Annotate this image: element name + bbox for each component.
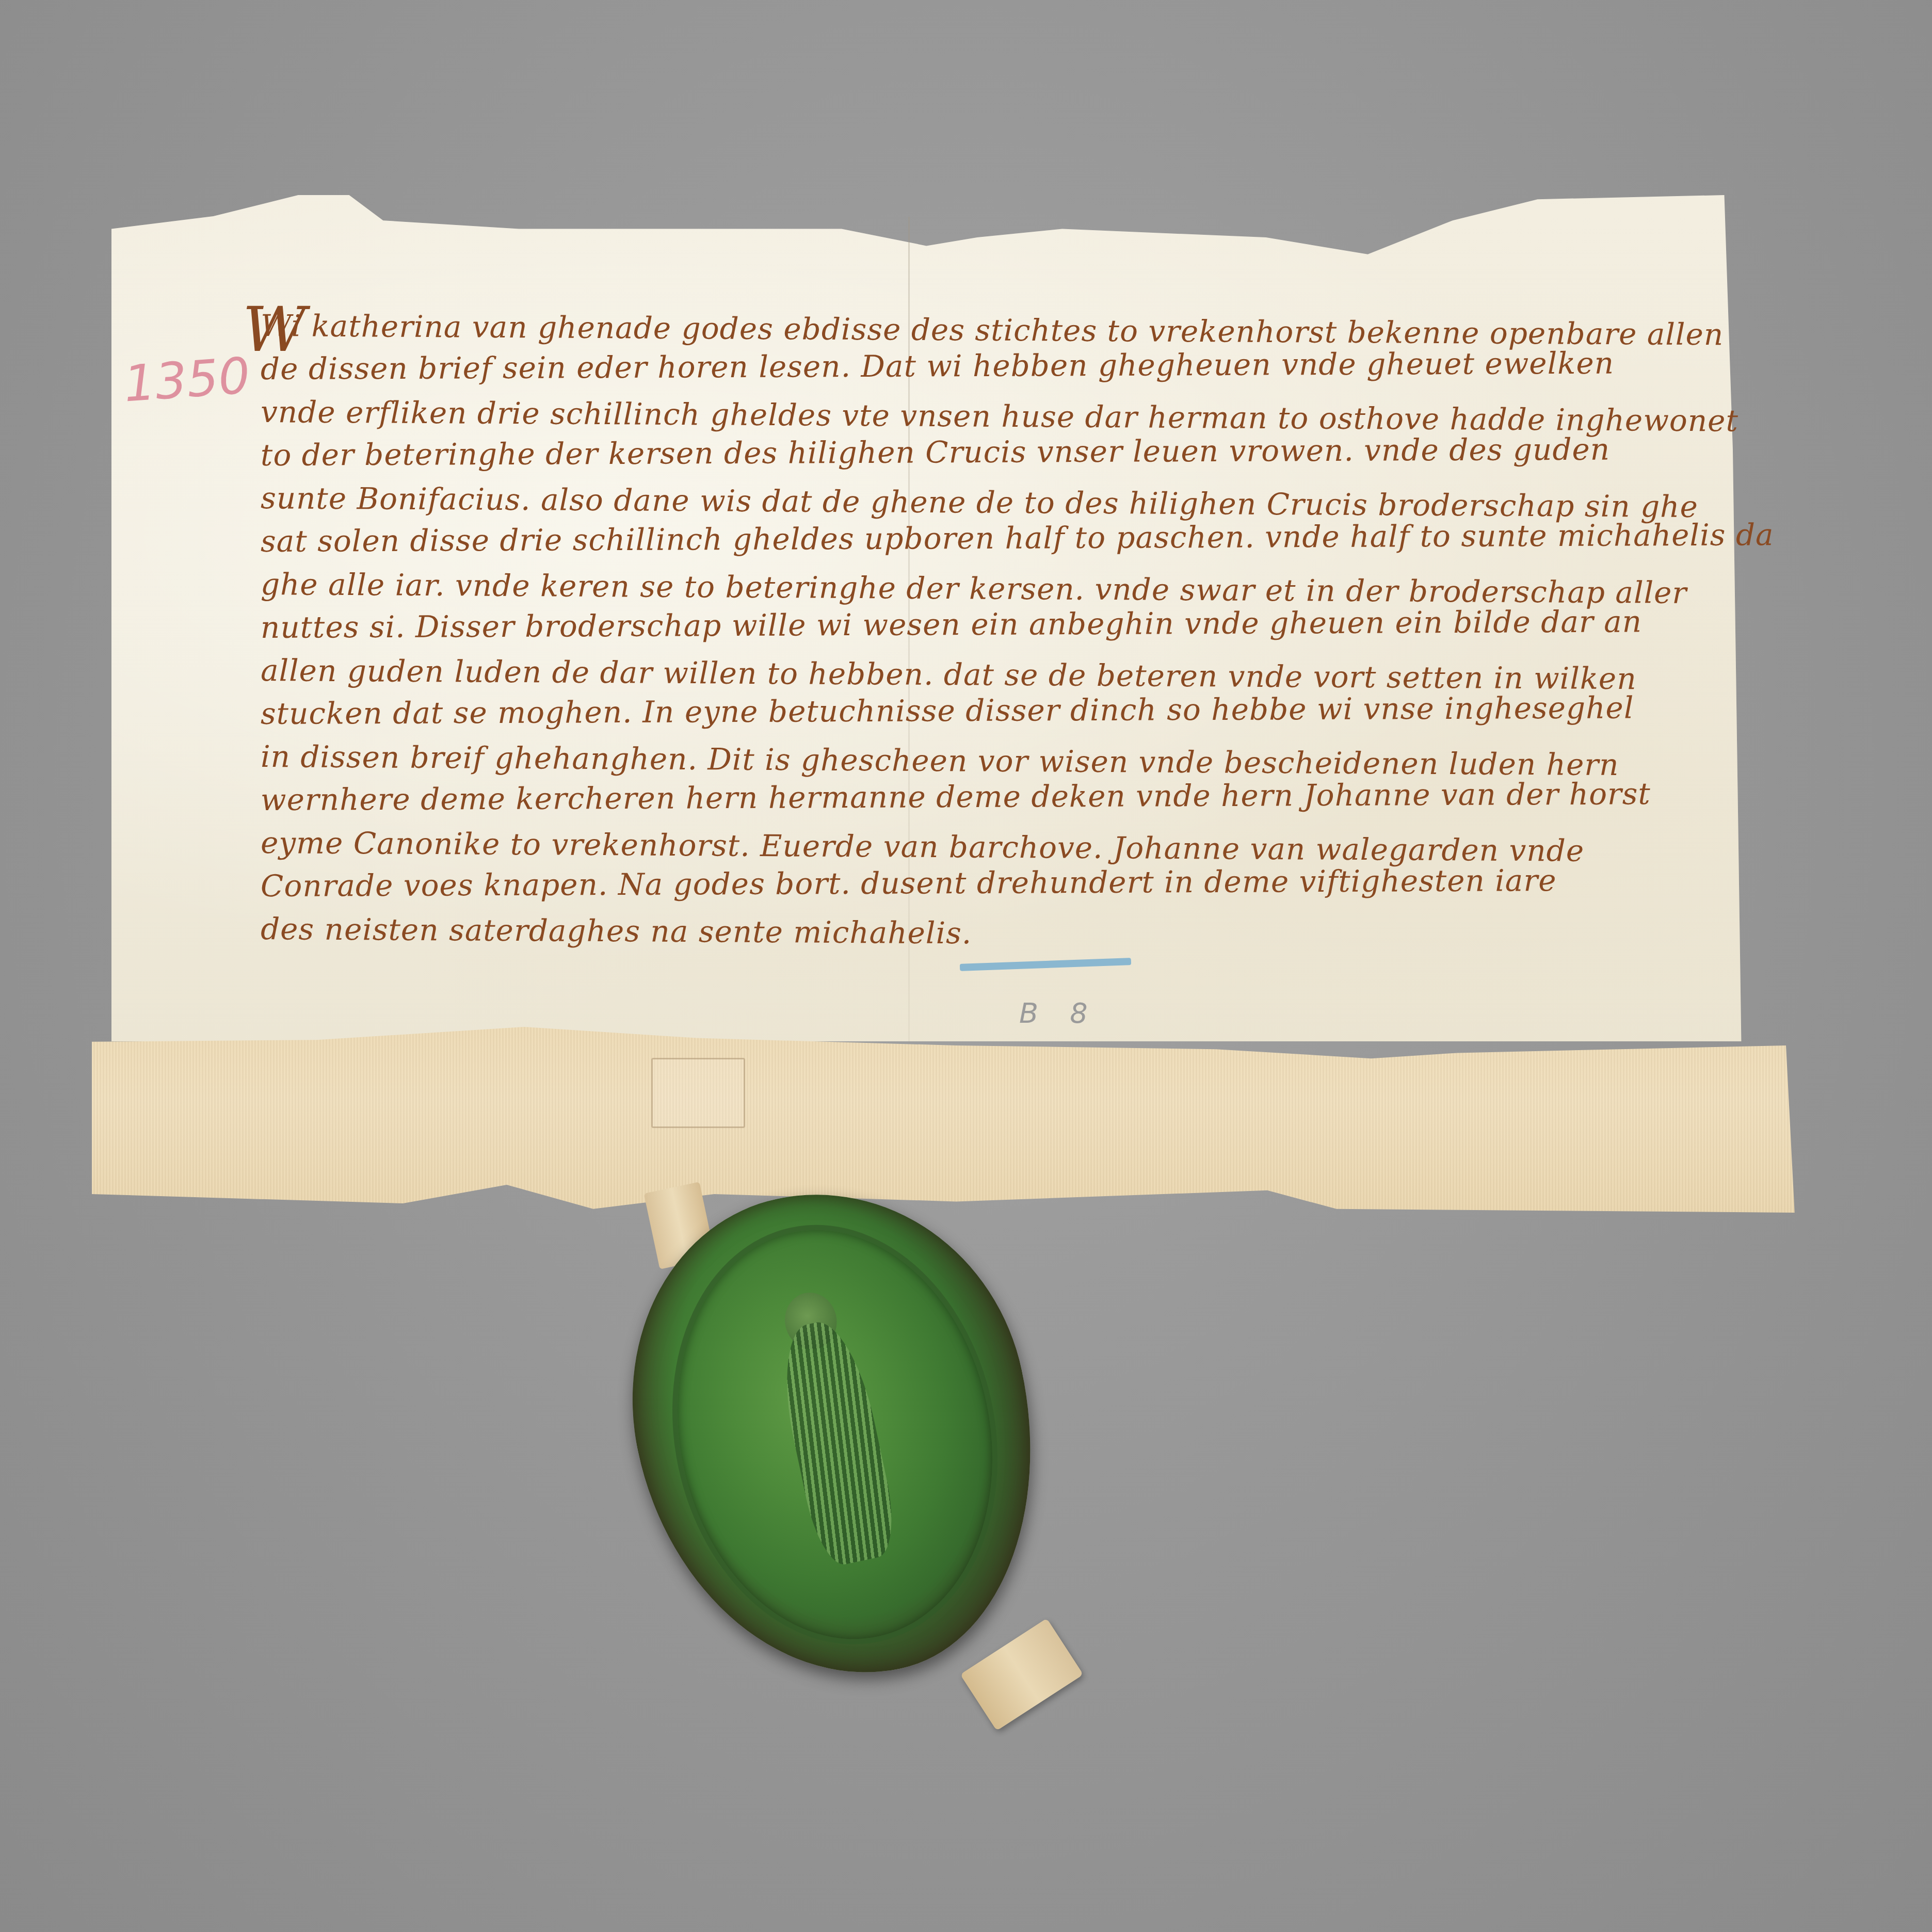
photo-scene: 1350 W Wi katherina van ghenade godes eb… <box>0 0 1932 1932</box>
shelfmark-annotation: B 8 <box>1019 997 1099 1029</box>
plica-slit <box>651 1058 745 1128</box>
text-line: wernhere deme kercheren hern hermanne de… <box>261 772 1685 822</box>
seal-tag-end <box>960 1618 1084 1731</box>
text-line: Conrade voes knapen. Na godes bort. duse… <box>261 858 1685 908</box>
margin-date-annotation: 1350 <box>122 347 252 413</box>
text-line: de dissen brief sein eder horen lesen. D… <box>261 341 1685 391</box>
folded-plica <box>92 1027 1821 1213</box>
text-line: nuttes si. Disser broderschap wille wi w… <box>261 600 1685 649</box>
charter-text: Wi katherina van ghenade godes ebdisse d… <box>261 304 1685 951</box>
text-line: stucken dat se moghen. In eyne betuchnis… <box>261 686 1685 735</box>
text-line: des neisten saterdaghes na sente michahe… <box>261 908 1685 959</box>
text-line: to der beteringhe der kersen des hilighe… <box>261 427 1685 477</box>
text-line: sat solen disse drie schillinch gheldes … <box>261 513 1685 563</box>
